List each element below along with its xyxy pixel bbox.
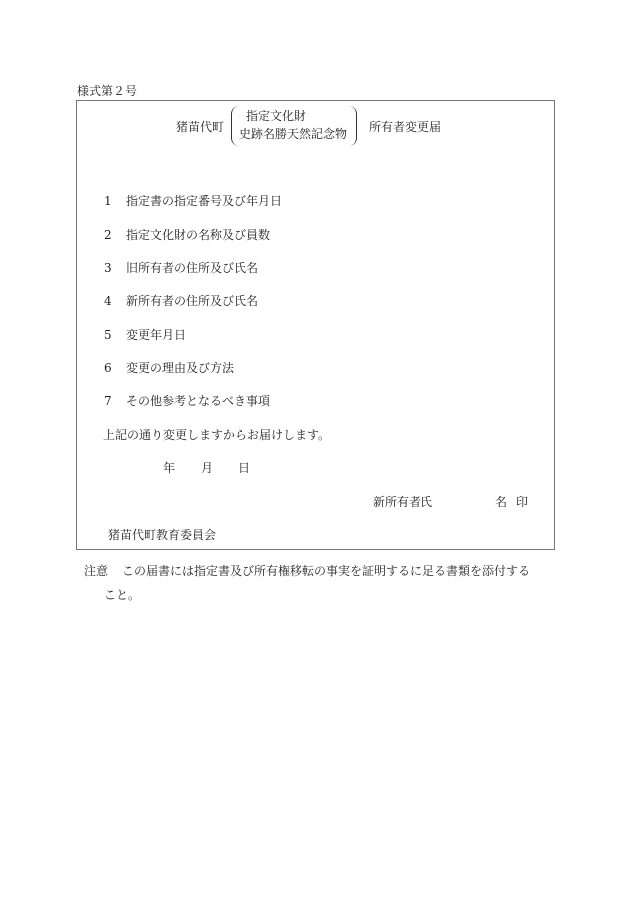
item-number: 1 (104, 194, 112, 208)
item-number: 6 (104, 361, 112, 375)
note-label: 注意 (84, 564, 108, 578)
statement: 上記の通り変更しますからお届けします。 (103, 428, 330, 442)
item-text: 旧所有者の住所及び氏名 (126, 261, 258, 275)
item-text: その他参考となるべき事項 (126, 394, 270, 408)
form-number-label: 様式第２号 (77, 84, 137, 98)
item-number: 5 (104, 328, 112, 342)
item-text: 新所有者の住所及び氏名 (126, 294, 258, 308)
item-text: 指定文化財の名称及び員数 (126, 228, 270, 242)
item-number: 2 (104, 228, 112, 242)
date-month-label: 月 (201, 461, 213, 475)
form-frame (76, 100, 555, 550)
addressee: 猪苗代町教育委員会 (108, 528, 216, 542)
name-label-shi: 氏 (420, 495, 432, 509)
item-number: 7 (104, 394, 112, 408)
note-continuation: こと。 (104, 588, 140, 602)
item-text: 変更年月日 (126, 328, 186, 342)
item-text: 変更の理由及び方法 (126, 361, 234, 375)
seal-label: 印 (516, 495, 528, 509)
name-label-mei: 名 (495, 495, 507, 509)
date-day-label: 日 (238, 461, 250, 475)
date-year-label: 年 (163, 461, 175, 475)
item-text: 指定書の指定番号及び年月日 (126, 194, 282, 208)
item-number: 3 (104, 261, 112, 275)
title-bracket-line-2: 史跡名勝天然記念物 (239, 127, 347, 141)
new-owner-label: 新所有者 (373, 495, 421, 509)
title-prefix: 猪苗代町 (176, 120, 224, 134)
note-text: この届書には指定書及び所有権移転の事実を証明するに足る書類を添付する (122, 564, 530, 578)
item-number: 4 (104, 294, 112, 308)
title-bracket-line-1: 指定文化財 (246, 109, 306, 123)
title-suffix: 所有者変更届 (369, 120, 441, 134)
